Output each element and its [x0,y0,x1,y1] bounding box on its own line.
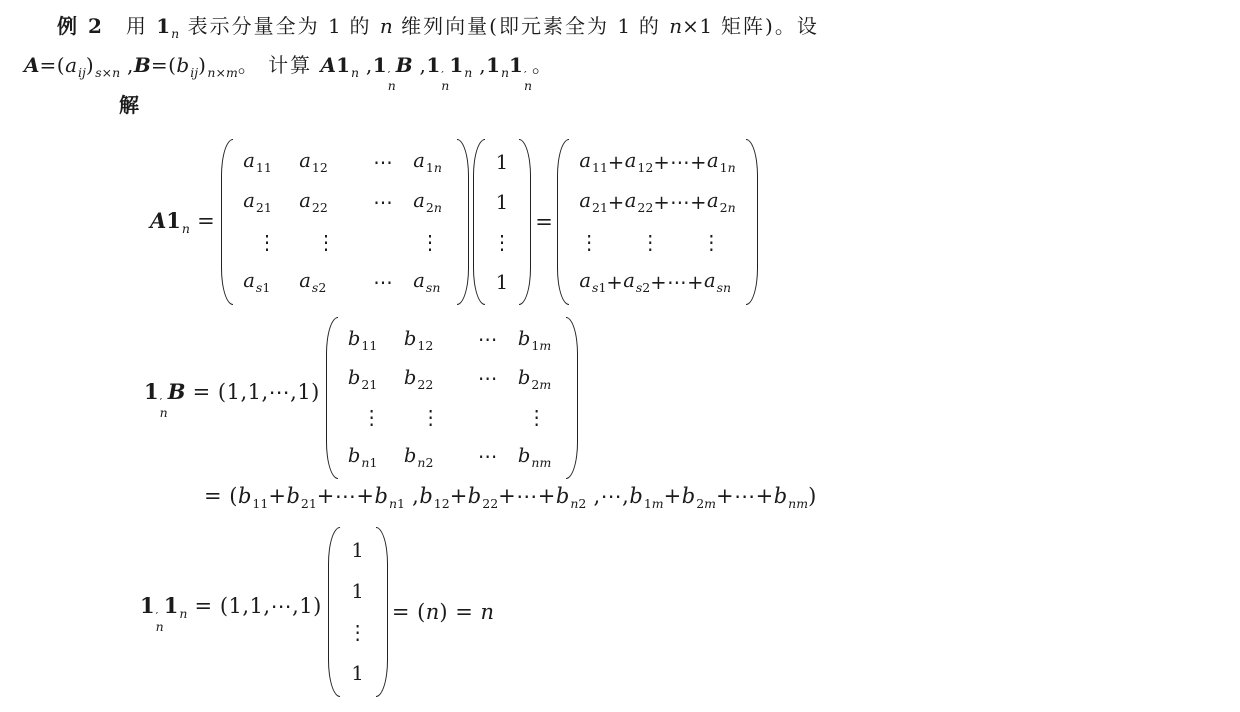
subscript: 1m [644,496,664,511]
matrix-b: b11b12⋯b1mb21b22⋯b2m⋮⋮⋮bn1bn2⋯bnm [326,317,578,479]
math-token: n [669,14,682,38]
math-token: a11 [243,149,272,175]
equation-1: A1n = a11a12⋯a1na21a22⋯a2n⋮⋮⋮as1as2⋯asn … [150,139,760,305]
math-token: 1 [496,191,509,214]
matrix-cell: as1 [239,262,295,302]
math-token: ) [808,484,817,508]
matrix-cell: 1 [346,530,370,571]
matrix-cell: ⋮ [400,398,462,437]
math-token: = ( [204,484,238,508]
subscript: 12 [434,496,450,511]
math-token: 1n [166,209,190,233]
math-token: asn [704,269,731,295]
matrix-cell: 1 [491,262,513,302]
equation-2: 1′nB = (1,1,⋯,1) b11b12⋯b1mb21b22⋯b2m⋮⋮⋮… [144,317,580,479]
math-token: n [380,14,393,38]
math-token: as1 [579,269,606,295]
math-token: a21 [579,189,608,215]
math-token: ⋯ [478,328,498,351]
subscript: n1 [361,455,377,470]
equation-3: 1′n1n = (1,1,⋯,1) 11⋮1 = (n) = n [140,527,498,697]
math-token: 1n [156,14,179,38]
math-token: 1 [617,14,630,38]
math-token: = ( [392,600,426,624]
math-token: ⋮ [316,231,336,254]
matrix-cell: a11 [239,142,295,182]
subscript: 2n [720,200,736,215]
matrix-cell: ⋮ [702,231,722,254]
math-token: + [608,191,625,214]
math-token: ) = [439,600,480,624]
matrix-cell: ⋯ [357,182,409,222]
text-segment: 维列向量(即元素全为 [393,14,618,38]
right-paren-icon [376,527,388,697]
math-token: a12 [625,149,654,175]
math-token: asn [413,269,440,295]
subscript: sn [426,280,440,295]
matrix-cell: 1 [491,182,513,222]
matrix-cell: b21 [344,359,400,398]
math-token: , [472,53,486,77]
math-token: , [120,53,134,77]
text-segment: 的 [341,14,380,38]
math-token: , [405,484,419,508]
equation-3-label: 1′n1n = (1,1,⋯,1) [140,593,322,632]
matrix-cell: ⋮ [409,222,451,262]
ones-vector-2-grid: 11⋮1 [340,527,376,697]
text-segment: 。 计算 [238,53,321,77]
math-token: ⋮ [362,406,382,429]
math-token: , [359,53,373,77]
left-paren-icon [557,139,569,305]
left-paren-icon [326,317,338,479]
math-token: as2 [299,269,326,295]
math-token: ⋯ [373,191,393,214]
paragraph-line-2: A=(aij)s×n ,B=(bij)n×m。 计算 A1n ,1′nB ,1′… [24,52,554,91]
math-token: +⋯+ [716,484,774,508]
matrix-cell: asn [409,262,451,302]
subscript: 12 [417,338,433,353]
subscript: 11 [361,338,377,353]
text-segment: 例 2 [57,14,104,38]
math-token: = (1,1,⋯,1) [187,594,321,618]
equals-sign: = [535,210,553,234]
math-token: = (1,1,⋯,1) [185,380,319,404]
math-token: + [608,151,625,174]
subscript: 12 [637,160,653,175]
math-token: bnm [774,484,808,508]
matrix-cell: a21+a22+⋯+a2n [575,182,739,222]
math-token: b2m [518,366,551,392]
math-token: bn1 [348,444,378,470]
subscript: 1n [720,160,736,175]
right-paren-icon [746,139,758,305]
text-segment: 解 [119,93,141,117]
math-token: +⋯+ [653,151,707,174]
math-token: ⋮ [702,231,722,254]
math-token: 1 [351,662,364,685]
math-token: 1′n [509,53,532,77]
math-token: ⋯ [373,271,393,294]
math-token: a1n [707,149,736,175]
math-token: )s×n [86,53,120,77]
math-token: b21 [348,366,377,392]
matrix-cell: bn1 [344,437,400,476]
math-token: + [268,484,286,508]
math-token: +⋯+ [317,484,375,508]
result-vector: a11+a12+⋯+a1na21+a22+⋯+a2n⋮⋮⋮as1+as2+⋯+a… [557,139,757,305]
subscript: 11 [256,160,272,175]
math-token: ⋮ [641,231,661,254]
math-token: = [535,210,553,234]
math-token: +⋯+ [650,271,704,294]
subscript: 22 [417,377,433,392]
subscript: n2 [570,496,586,511]
math-token: )n×m [198,53,238,77]
right-paren-icon [566,317,578,479]
matrix-cell: a11+a12+⋯+a1n [575,142,739,182]
math-token: a2n [413,189,442,215]
math-token: aij [65,53,86,77]
subscript: s1 [256,280,270,295]
subscript: 21 [301,496,317,511]
math-token: a2n [707,189,736,215]
subscript: n [182,221,190,236]
matrix-cell: a2n [409,182,451,222]
subscript: s2 [636,280,650,295]
left-paren-icon [328,527,340,697]
subscript: n2 [417,455,433,470]
math-token: b1m [518,327,551,353]
subscript: n [351,65,359,80]
math-token: 1 [328,14,341,38]
math-token: +⋯+ [653,191,707,214]
math-token: a22 [625,189,654,215]
math-token: ⋮ [420,231,440,254]
equation-2-result: = (b11+b21+⋯+bn1 ,b12+b22+⋯+bn2 ,⋯,b1m+b… [204,483,817,517]
math-token: B [168,380,186,404]
math-token: a11 [579,149,608,175]
equation-2-label: 1′nB = (1,1,⋯,1) [144,379,320,418]
subscript: ij [78,65,86,80]
subscript: n [156,621,164,632]
math-token: ⋯ [478,445,498,468]
math-token: A [321,53,337,77]
left-paren-icon [473,139,485,305]
math-token: + [450,484,468,508]
subscript: 22 [482,496,498,511]
math-token: =( [151,53,177,77]
math-token: b2m [682,484,716,508]
math-token: bn1 [375,484,405,508]
math-token: +⋯+ [498,484,556,508]
subscript: n [160,407,168,418]
math-token: B [396,53,413,77]
matrix-cell: bn2 [400,437,462,476]
math-token: ⋮ [421,406,441,429]
matrix-cell: as1+as2+⋯+asn [575,262,739,302]
math-token: as1 [243,269,270,295]
right-paren-icon [519,139,531,305]
math-token: ×1 [682,14,712,38]
math-token: b21 [286,484,316,508]
math-token: ,⋯, [586,484,629,508]
matrix-cell: b11 [344,320,400,359]
subscript: s×n [95,65,120,80]
math-token: ⋮ [348,621,368,644]
math-token: a21 [243,189,272,215]
matrix-cell: ⋯ [357,262,409,302]
math-token: , [413,53,427,77]
math-token: ⋮ [257,231,277,254]
math-token: ⋮ [527,406,547,429]
math-token: 1n [164,594,188,618]
matrix-cell: 1 [491,142,513,182]
text-segment: 矩阵)。设 [713,14,819,38]
matrix-cell: ⋮ [239,222,295,262]
math-token: 1 [351,580,364,603]
matrix-vdots-row: ⋮⋮⋮ [575,222,739,262]
math-token: a12 [299,149,328,175]
document-page: { "page": {"background": "#ffffff", "tex… [0,0,1240,712]
solution-label: 解 [119,92,141,118]
text-segment: 的 [631,14,670,38]
matrix-cell: ⋮ [295,222,357,262]
ones-vector-grid: 11⋮1 [485,139,519,305]
subscript: 22 [637,200,653,215]
math-token: a1n [413,149,442,175]
math-token: 1′n [140,594,164,618]
matrix-cell: ⋮ [491,222,513,262]
math-token: A [150,209,166,233]
subscript: 21 [361,377,377,392]
math-token: b11 [348,327,377,353]
subscript: n [501,65,509,80]
math-token: 1′n [426,53,449,77]
matrix-cell: b2m [514,359,560,398]
math-token: 1n [486,53,509,77]
subscript: 12 [312,160,328,175]
matrix-cell: b1m [514,320,560,359]
subscript: 1m [531,338,551,353]
matrix-cell: ⋯ [462,437,514,476]
subscript: s2 [312,280,326,295]
ones-vector-2: 11⋮1 [328,527,388,697]
math-token: bij [176,53,198,77]
math-token: b22 [404,366,433,392]
subscript: 11 [252,496,268,511]
matrix-cell: ⋮ [641,231,661,254]
subscript: n1 [389,496,405,511]
equation-1-label: A1n = [150,208,215,236]
math-token: 1 [351,539,364,562]
math-token: bn2 [404,444,434,470]
subscript: s1 [592,280,606,295]
math-token: ⋮ [492,231,512,254]
matrix-a-grid: a11a12⋯a1na21a22⋯a2n⋮⋮⋮as1as2⋯asn [233,139,457,305]
right-paren-icon [457,139,469,305]
math-token: a22 [299,189,328,215]
math-token: 1′n [373,53,396,77]
math-token: ⋯ [478,367,498,390]
matrix-cell: ⋯ [462,359,514,398]
left-paren-icon [221,139,233,305]
math-token: b12 [419,484,449,508]
matrix-cell: as2 [295,262,357,302]
math-token: ⋮ [579,231,599,254]
math-token: =( [40,53,66,77]
math-token: = [190,209,215,233]
matrix-cell: a22 [295,182,357,222]
matrix-cell: ⋮ [579,231,599,254]
math-token: b11 [238,484,268,508]
math-token: ⋯ [373,151,393,174]
subscript: nm [788,496,808,511]
subscript: 21 [256,200,272,215]
math-token: b22 [468,484,498,508]
subscript: n×m [207,65,237,80]
subscript: 1n [426,160,442,175]
matrix-a: a11a12⋯a1na21a22⋯a2n⋮⋮⋮as1as2⋯asn [221,139,469,305]
matrix-b-grid: b11b12⋯b1mb21b22⋯b2m⋮⋮⋮bn1bn2⋯bnm [338,317,566,479]
matrix-cell: a1n [409,142,451,182]
subscript: sn [717,280,731,295]
matrix-cell: b12 [400,320,462,359]
matrix-cell: a12 [295,142,357,182]
subscript: 2m [696,496,716,511]
math-token: 1n [449,53,472,77]
math-token: A [24,53,40,77]
math-token: 1 [496,151,509,174]
paragraph-line-1: 例 2 用 1n 表示分量全为 1 的 n 维列向量(即元素全为 1 的 n×1… [57,13,819,47]
math-token: n [480,600,494,624]
text-segment: 。 [532,53,554,77]
math-token: B [134,53,151,77]
matrix-cell: b22 [400,359,462,398]
matrix-cell: a21 [239,182,295,222]
math-token: 1n [336,53,359,77]
matrix-cell: ⋯ [462,320,514,359]
math-token: 1′n [144,380,168,404]
subscript: n [441,80,449,91]
text-segment: 用 [104,14,156,38]
math-token: as2 [623,269,650,295]
matrix-cell: ⋮ [514,398,560,437]
math-token: b1m [629,484,663,508]
math-token: + [664,484,682,508]
math-token: bn2 [556,484,586,508]
subscript: n [388,80,396,91]
matrix-cell: ⋮ [346,612,370,653]
subscript: ij [190,65,198,80]
subscript: 21 [592,200,608,215]
subscript: nm [531,455,551,470]
matrix-cell [357,222,409,262]
subscript: 2n [426,200,442,215]
math-token: 1 [496,271,509,294]
math-token: bnm [518,444,551,470]
subscript: 11 [592,160,608,175]
matrix-cell: bnm [514,437,560,476]
math-token: + [606,271,623,294]
subscript: 2m [531,377,551,392]
subscript: 22 [312,200,328,215]
subscript: n [524,80,532,91]
math-token: b12 [404,327,433,353]
matrix-cell [462,398,514,437]
text-segment: 表示分量全为 [179,14,328,38]
ones-vector: 11⋮1 [473,139,531,305]
matrix-cell: ⋯ [357,142,409,182]
math-token: n [426,600,440,624]
matrix-cell: ⋮ [344,398,400,437]
matrix-cell: 1 [346,571,370,612]
matrix-cell: 1 [346,653,370,694]
equation-3-tail: = (n) = n [392,600,494,624]
result-vector-grid: a11+a12+⋯+a1na21+a22+⋯+a2n⋮⋮⋮as1+as2+⋯+a… [569,139,745,305]
